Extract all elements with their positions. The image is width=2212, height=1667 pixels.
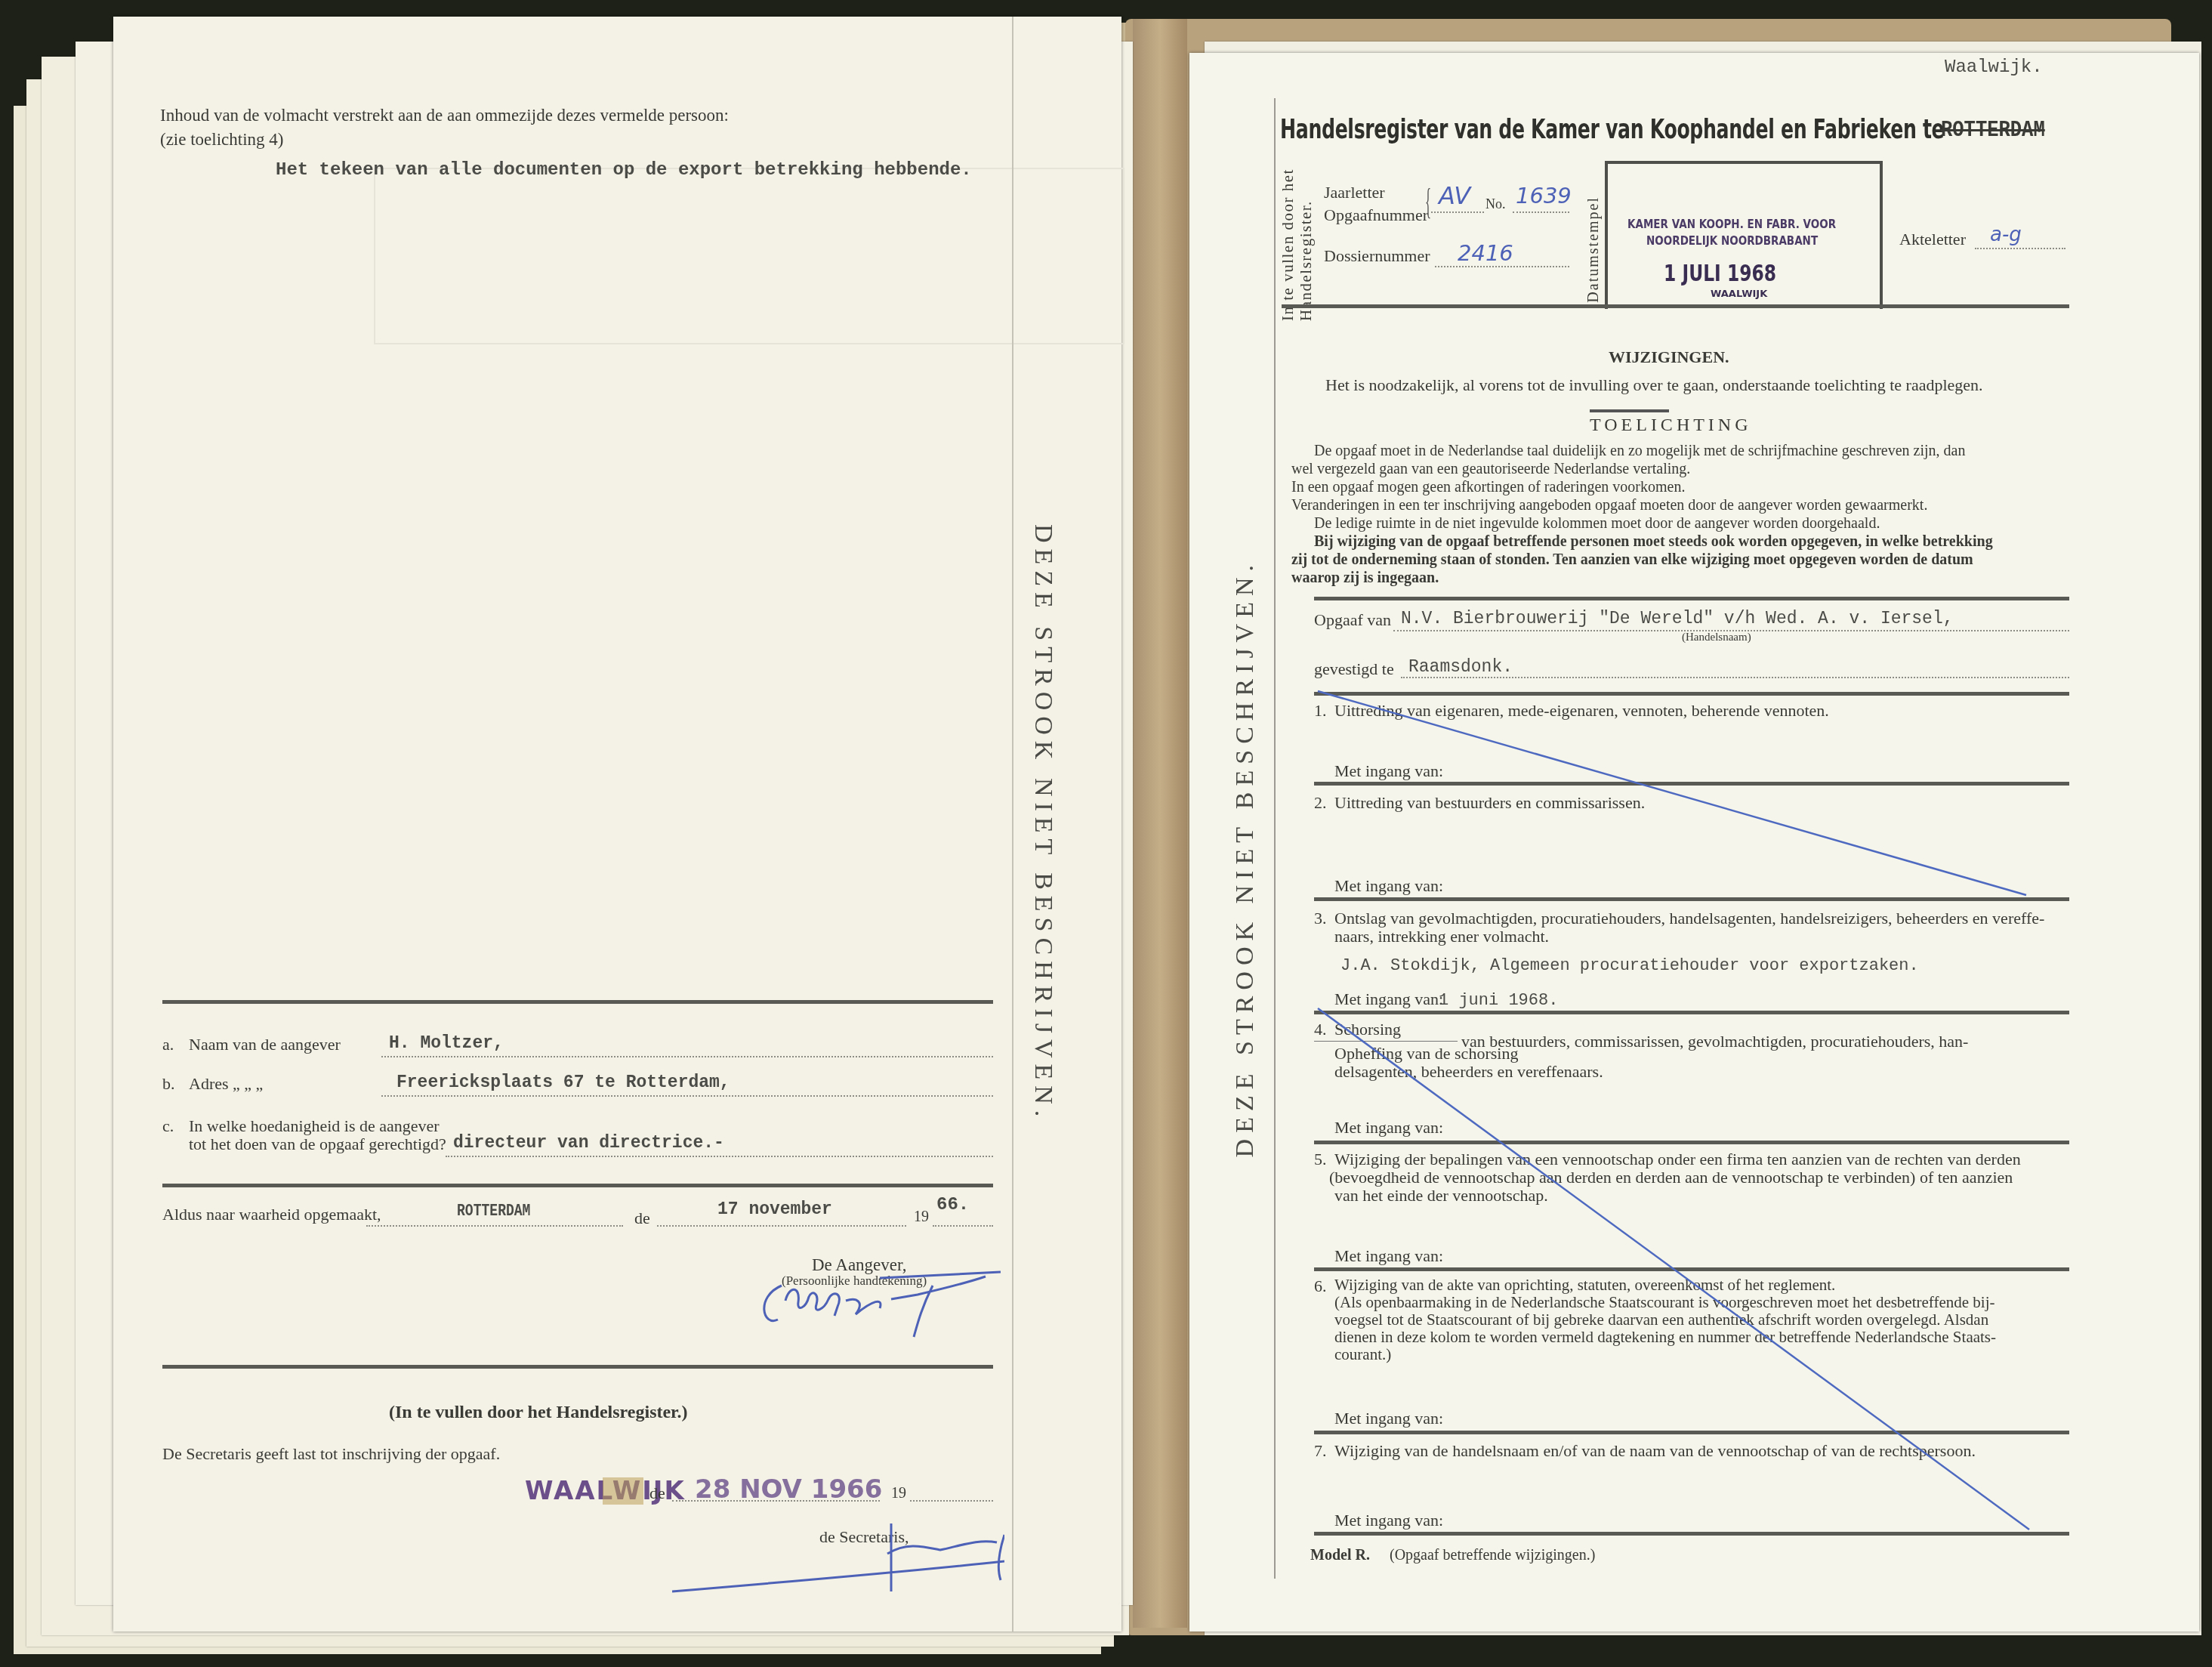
declaration-de: de bbox=[634, 1209, 650, 1228]
divider bbox=[162, 1184, 993, 1187]
folder-spine bbox=[1133, 19, 1187, 1628]
field-b-line bbox=[381, 1095, 993, 1097]
tape-patch bbox=[603, 1477, 643, 1505]
field-a-line bbox=[381, 1056, 993, 1057]
field-a-value[interactable]: H. Moltzer, bbox=[389, 1033, 504, 1053]
strike-through-lines bbox=[1189, 53, 2199, 1631]
left-page: Inhoud van de volmacht verstrekt aan de … bbox=[113, 17, 1121, 1631]
registry-de: de bbox=[649, 1483, 665, 1503]
field-c-label-2: tot het doen van de opgaaf gerechtigd? bbox=[189, 1134, 446, 1154]
registry-year-line bbox=[910, 1500, 993, 1502]
declaration-date[interactable]: 17 november bbox=[717, 1199, 832, 1219]
declaration-year-line bbox=[933, 1225, 993, 1227]
declaration-place[interactable]: ROTTERDAM bbox=[457, 1202, 530, 1221]
field-a-prefix: a. bbox=[162, 1035, 174, 1054]
divider bbox=[162, 1365, 993, 1369]
field-b-value[interactable]: Freericksplaats 67 te Rotterdam, bbox=[396, 1073, 730, 1092]
declaration-place-line bbox=[366, 1225, 623, 1227]
field-a-label: Naam van de aangever bbox=[189, 1035, 341, 1054]
secretaris-signature bbox=[672, 1516, 1004, 1610]
volmacht-value: Het tekeen van alle documenten op de exp… bbox=[276, 160, 972, 181]
right-page: DEZE STROOK NIET BESCHRIJVEN. Waalwijk. … bbox=[1189, 53, 2199, 1631]
field-b-prefix: b. bbox=[162, 1074, 175, 1094]
declaration-year[interactable]: 66. bbox=[936, 1195, 969, 1215]
do-not-write-strip-left: DEZE STROOK NIET BESCHRIJVEN. bbox=[1029, 524, 1057, 1122]
strip-border bbox=[1012, 17, 1013, 1631]
declaration-year-prefix: 19 bbox=[914, 1209, 929, 1226]
registry-year-prefix: 19 bbox=[891, 1485, 906, 1502]
declaration-label: Aldus naar waarheid opgemaakt, bbox=[162, 1205, 381, 1224]
field-b-label: Adres „ „ „ bbox=[189, 1074, 263, 1094]
divider bbox=[162, 1000, 993, 1004]
field-c-label: In welke hoedanigheid is de aangever bbox=[189, 1116, 440, 1136]
volmacht-note: (zie toelichting 4) bbox=[160, 130, 284, 150]
registry-date-stamp: 28 NOV 1966 bbox=[695, 1474, 882, 1505]
field-c-prefix: c. bbox=[162, 1116, 174, 1136]
field-c-line bbox=[446, 1156, 993, 1157]
field-c-value[interactable]: directeur van directrice.- bbox=[453, 1133, 724, 1153]
declaration-date-line bbox=[657, 1225, 906, 1227]
registry-heading: (In te vullen door het Handelsregister.) bbox=[389, 1403, 688, 1423]
volmacht-label: Inhoud van de volmacht verstrekt aan de … bbox=[160, 106, 729, 125]
registry-instruction: De Secretaris geeft last tot inschrijvin… bbox=[162, 1444, 500, 1464]
aangever-signature bbox=[759, 1255, 1008, 1338]
